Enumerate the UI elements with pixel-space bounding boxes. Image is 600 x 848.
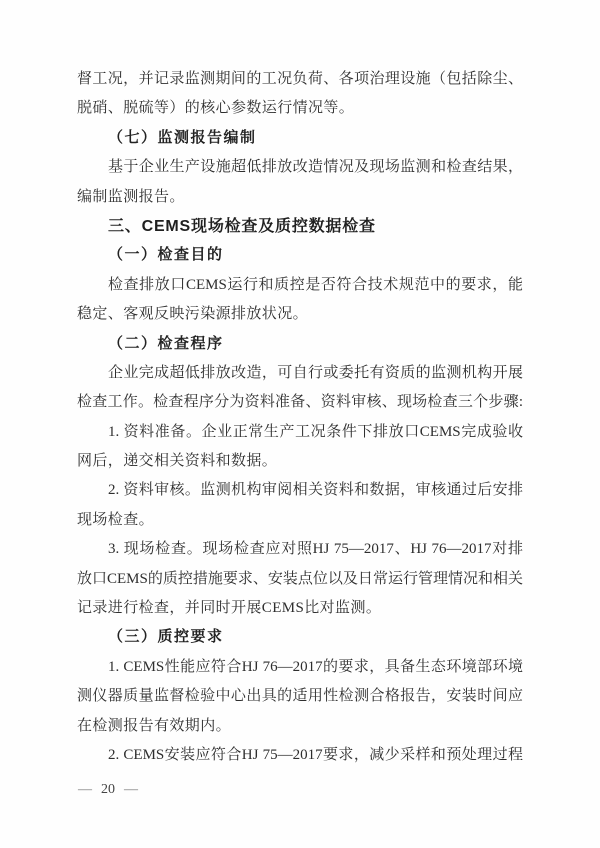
page-number: 20 [101,781,115,799]
body-line: 脱硝、脱硫等）的核心参数运行情况等。 [77,94,523,123]
body-line: 督工况，并记录监测期间的工况负荷、各项治理设施（包括除尘、 [77,65,523,94]
body-line: 3. 现场检查。现场检查应对照HJ 75—2017、HJ 76—2017对排 [77,535,523,564]
body-line: 2. 资料审核。监测机构审阅相关资料和数据，审核通过后安排 [77,476,523,505]
body-line: 放口CEMS的质控措施要求、安装点位以及日常运行管理情况和相关 [77,565,523,594]
footer-dash-left: — [78,781,92,799]
body-line: 记录进行检查，并同时开展CEMS比对监测。 [77,594,523,623]
subsection-heading: （一）检查目的 [77,241,523,270]
body-line: 检查工作。检查程序分为资料准备、资料审核、现场检查三个步骤: [77,388,523,417]
body-line: 检查排放口CEMS运行和质控是否符合技术规范中的要求，能否 [77,271,523,300]
body-line: 2. CEMS安装应符合HJ 75—2017要求，减少采样和预处理过程中 [77,741,523,770]
subsection-heading: （七）监测报告编制 [77,124,523,153]
footer-dash-right: — [124,781,138,799]
body-line: 基于企业生产设施超低排放改造情况及现场监测和检查结果， [77,153,523,182]
body-line: 编制监测报告。 [77,183,523,212]
page-footer: — 20 — [78,781,138,799]
body-line: 在检测报告有效期内。 [77,712,523,741]
body-line: 测仪器质量监督检验中心出具的适用性检测合格报告，安装时间应 [77,682,523,711]
body-line: 稳定、客观反映污染源排放状况。 [77,300,523,329]
body-line: 1. CEMS性能应符合HJ 76—2017的要求，具备生态环境部环境监 [77,653,523,682]
section-heading: 三、CEMS现场检查及质控数据检查 [77,212,523,241]
document-page: 督工况，并记录监测期间的工况负荷、各项治理设施（包括除尘、 脱硝、脱硫等）的核心… [0,0,600,848]
subsection-heading: （二）检查程序 [77,330,523,359]
page-content: 督工况，并记录监测期间的工况负荷、各项治理设施（包括除尘、 脱硝、脱硫等）的核心… [77,65,523,770]
body-line: 1. 资料准备。企业正常生产工况条件下排放口CEMS完成验收联 [77,418,523,447]
subsection-heading: （三）质控要求 [77,623,523,652]
body-line: 企业完成超低排放改造，可自行或委托有资质的监测机构开展 [77,359,523,388]
body-line: 现场检查。 [77,506,523,535]
body-line: 网后，递交相关资料和数据。 [77,447,523,476]
